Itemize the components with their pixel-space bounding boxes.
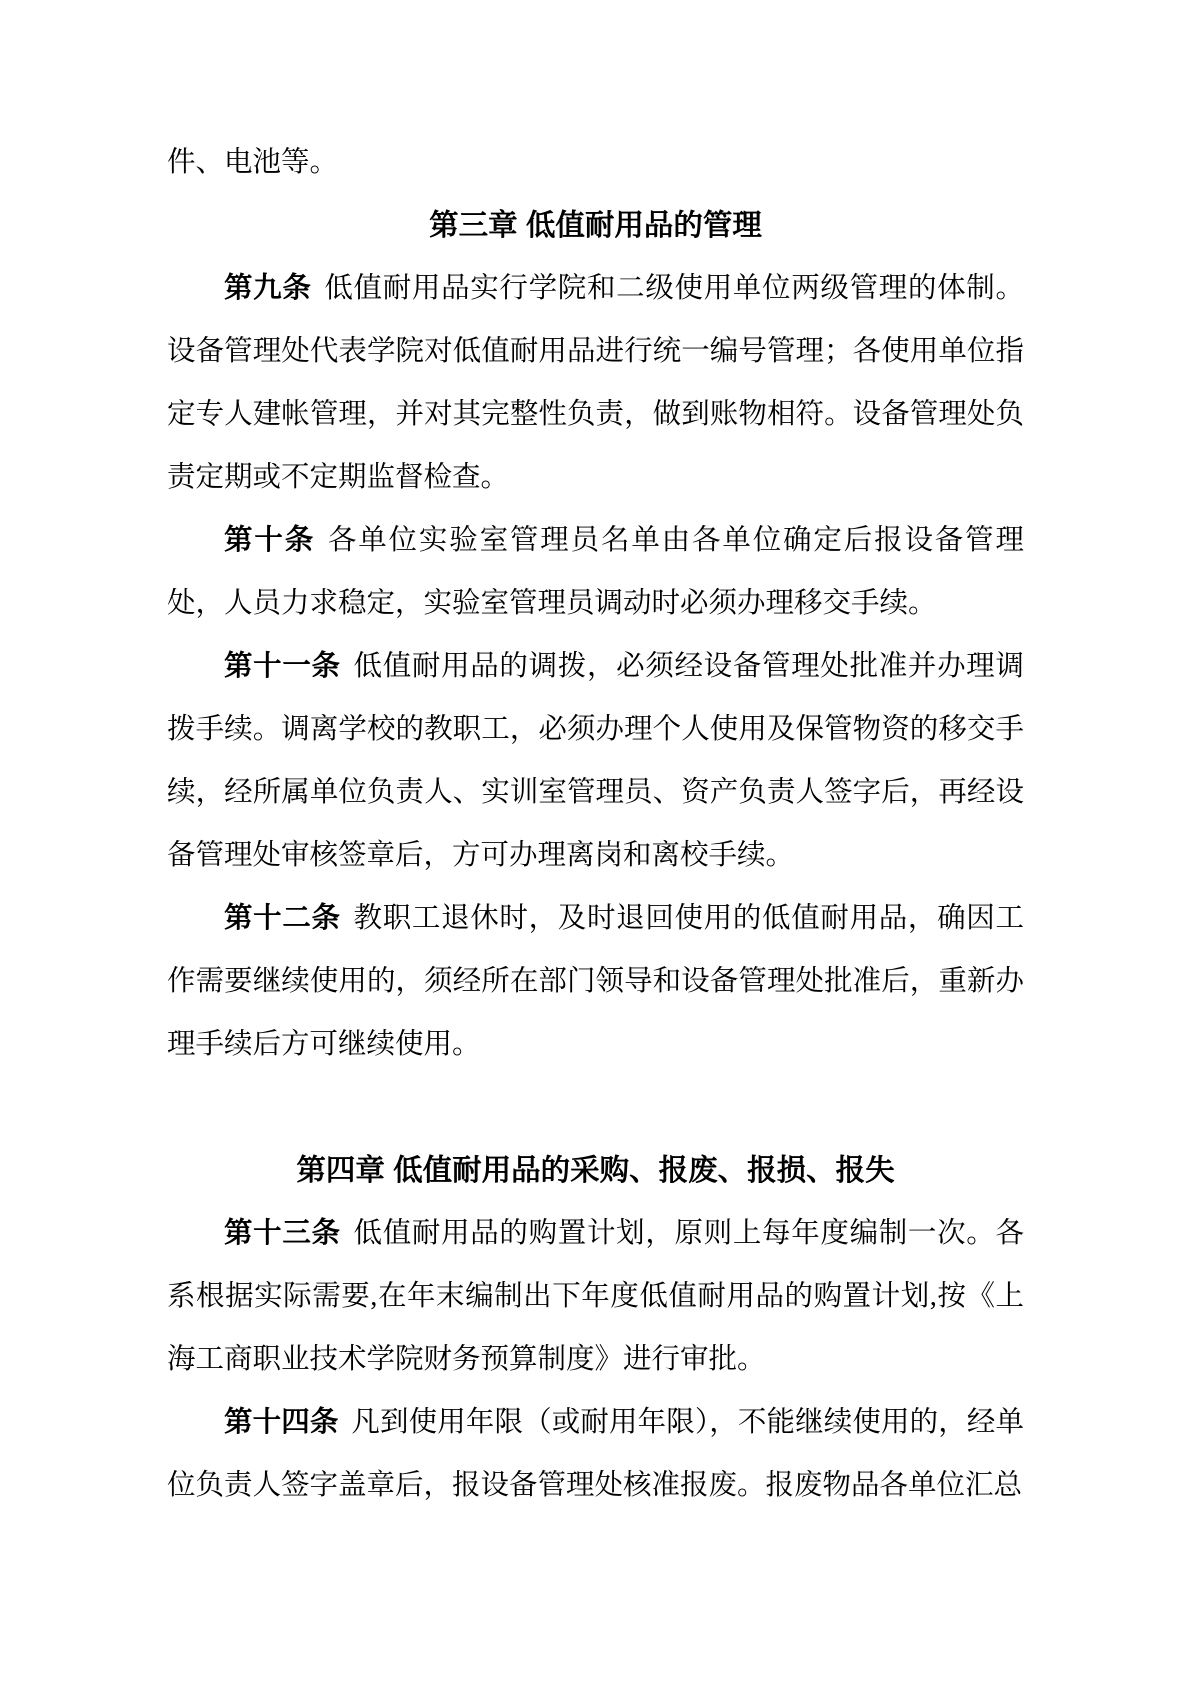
article-label: 第十二条 <box>224 903 341 934</box>
article-paragraph: 第九条低值耐用品实行学院和二级使用单位两级管理的体制。设备管理处代表学院对低值耐… <box>167 257 1024 509</box>
section-heading: 第三章 低值耐用品的管理 <box>167 194 1024 257</box>
section-heading: 第四章 低值耐用品的采购、报废、报损、报失 <box>167 1139 1024 1202</box>
article-label: 第十三条 <box>224 1218 341 1249</box>
article-paragraph: 第十三条低值耐用品的购置计划，原则上每年度编制一次。各系根据实际需要,在年末编制… <box>167 1202 1024 1391</box>
article-label: 第十条 <box>224 525 315 556</box>
article-paragraph: 第十二条教职工退休时，及时退回使用的低值耐用品，确因工作需要继续使用的，须经所在… <box>167 887 1024 1076</box>
document-sections: 第三章 低值耐用品的管理第九条低值耐用品实行学院和二级使用单位两级管理的体制。设… <box>167 194 1024 1517</box>
article-label: 第十一条 <box>224 651 341 682</box>
article-paragraph: 第十一条低值耐用品的调拨，必须经设备管理处批准并办理调拨手续。调离学校的教职工，… <box>167 635 1024 887</box>
article-paragraph: 第十四条凡到使用年限（或耐用年限），不能继续使用的，经单位负责人签字盖章后，报设… <box>167 1391 1024 1517</box>
document-page: 件、电池等。 第三章 低值耐用品的管理第九条低值耐用品实行学院和二级使用单位两级… <box>0 0 1191 1684</box>
article-text: 低值耐用品实行学院和二级使用单位两级管理的体制。设备管理处代表学院对低值耐用品进… <box>167 273 1024 493</box>
article-paragraph: 第十条各单位实验室管理员名单由各单位确定后报设备管理处，人员力求稳定，实验室管理… <box>167 509 1024 635</box>
article-label: 第十四条 <box>224 1407 339 1438</box>
intro-continuation-paragraph: 件、电池等。 <box>167 131 1024 194</box>
article-text: 低值耐用品的调拨，必须经设备管理处批准并办理调拨手续。调离学校的教职工，必须办理… <box>167 651 1024 871</box>
article-label: 第九条 <box>224 273 312 304</box>
